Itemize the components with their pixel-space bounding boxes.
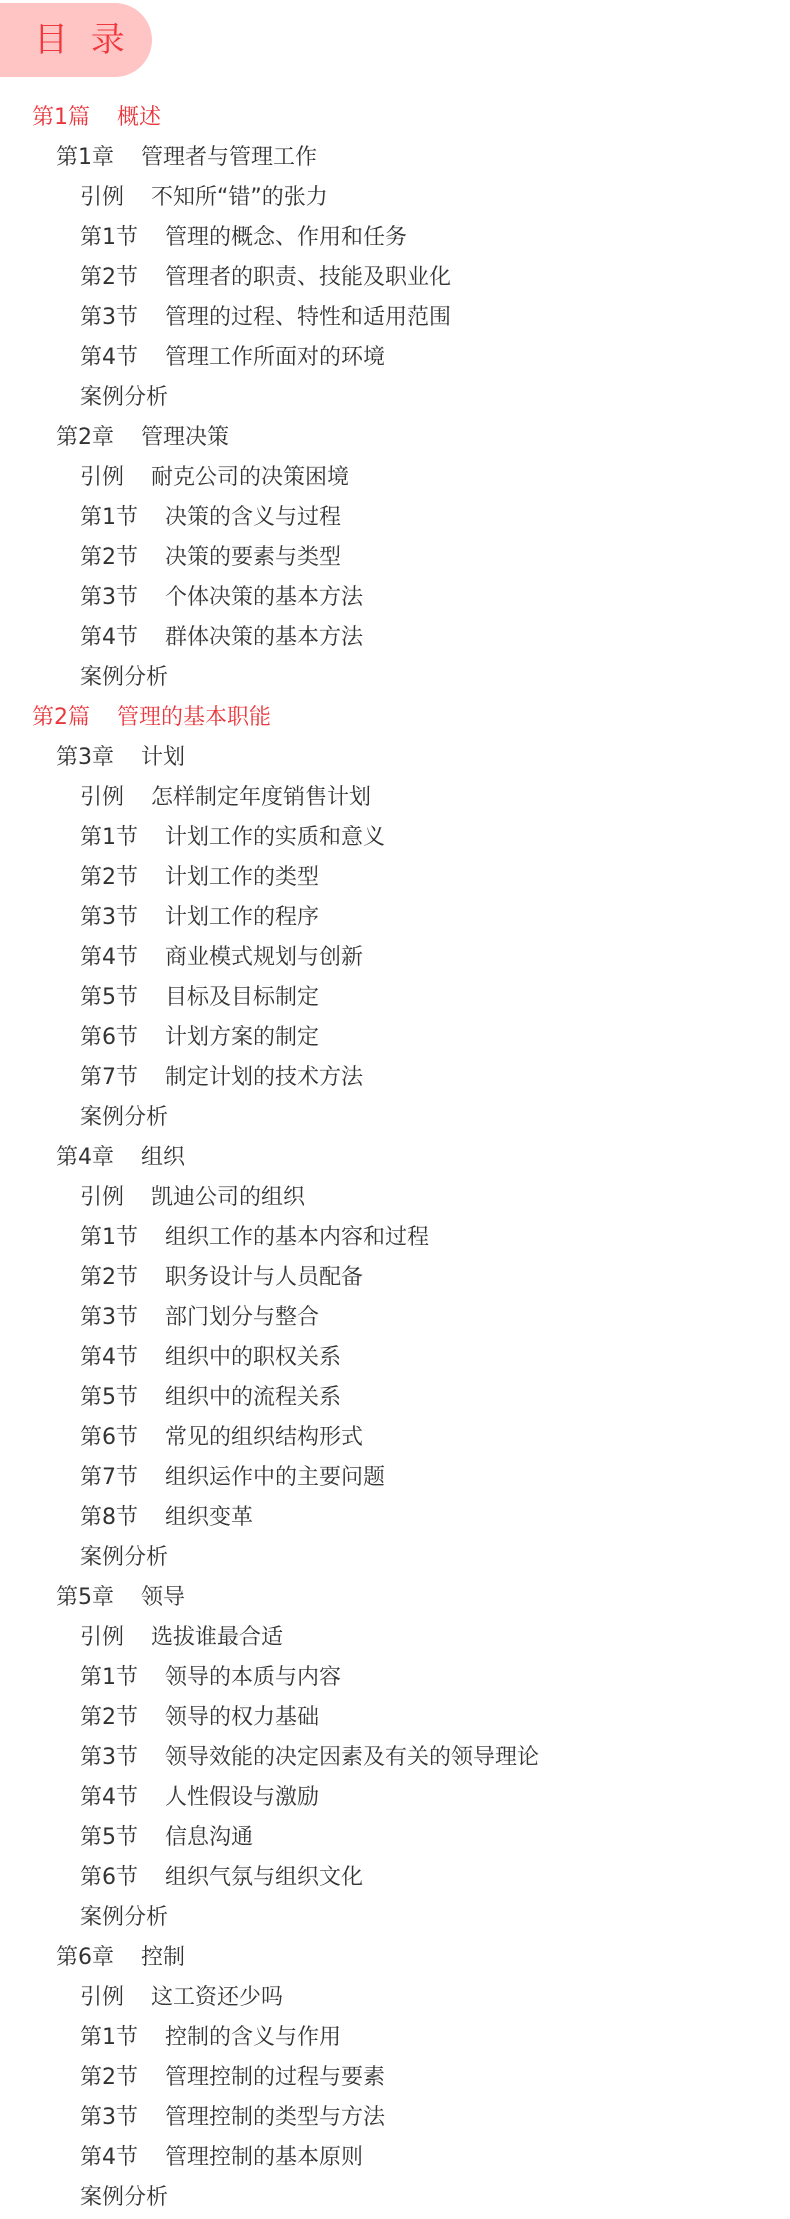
toc-entry-title: 个体决策的基本方法 bbox=[165, 578, 363, 618]
toc-entry-title: 计划 bbox=[141, 738, 185, 778]
toc-entry-section[interactable]: 第4节群体决策的基本方法 bbox=[0, 618, 790, 658]
toc-entry-section[interactable]: 第3节管理的过程、特性和适用范围 bbox=[0, 298, 790, 338]
toc-entry-title: 组织气氛与组织文化 bbox=[165, 1858, 363, 1898]
toc-entry-section[interactable]: 第5节目标及目标制定 bbox=[0, 978, 790, 1018]
toc-entry-chapter[interactable]: 第5章领导 bbox=[0, 1578, 790, 1618]
toc-entry-label: 第5章 bbox=[56, 1578, 114, 1618]
toc-entry-label: 第1章 bbox=[56, 138, 114, 178]
toc-entry-section[interactable]: 案例分析 bbox=[0, 1538, 790, 1578]
toc-entry-label: 第4节 bbox=[80, 938, 138, 978]
toc-entry-label: 第2节 bbox=[80, 858, 138, 898]
toc-entry-label: 第3节 bbox=[80, 298, 138, 338]
toc-entry-label: 案例分析 bbox=[80, 378, 168, 418]
toc-entry-title: 概述 bbox=[117, 98, 161, 138]
toc-entry-title: 计划工作的程序 bbox=[165, 898, 319, 938]
toc-entry-label: 第2节 bbox=[80, 1698, 138, 1738]
toc-entry-section[interactable]: 案例分析 bbox=[0, 658, 790, 698]
toc-entry-label: 第1节 bbox=[80, 218, 138, 258]
toc-entry-section[interactable]: 第1节决策的含义与过程 bbox=[0, 498, 790, 538]
toc-entry-label: 第5节 bbox=[80, 978, 138, 1018]
toc-entry-section[interactable]: 第3节领导效能的决定因素及有关的领导理论 bbox=[0, 1738, 790, 1778]
toc-entry-label: 第2篇 bbox=[32, 698, 90, 738]
toc-entry-section[interactable]: 第5节信息沟通 bbox=[0, 1818, 790, 1858]
toc-entry-title: 目标及目标制定 bbox=[165, 978, 319, 1018]
toc-entry-section[interactable]: 第1节领导的本质与内容 bbox=[0, 1658, 790, 1698]
toc-entry-label: 第8节 bbox=[80, 1498, 138, 1538]
toc-entry-part[interactable]: 第1篇概述 bbox=[0, 98, 790, 138]
toc-entry-section[interactable]: 第6节组织气氛与组织文化 bbox=[0, 1858, 790, 1898]
toc-entry-title: 领导的本质与内容 bbox=[165, 1658, 341, 1698]
toc-entry-section[interactable]: 案例分析 bbox=[0, 378, 790, 418]
toc-entry-section[interactable]: 第1节计划工作的实质和意义 bbox=[0, 818, 790, 858]
toc-entry-section[interactable]: 第3节个体决策的基本方法 bbox=[0, 578, 790, 618]
toc-entry-label: 案例分析 bbox=[80, 1898, 168, 1938]
toc-entry-label: 第2节 bbox=[80, 2058, 138, 2098]
toc-entry-title: 计划工作的类型 bbox=[165, 858, 319, 898]
toc-entry-chapter[interactable]: 第2章管理决策 bbox=[0, 418, 790, 458]
toc-entry-label: 第4节 bbox=[80, 618, 138, 658]
toc-entry-title: 控制的含义与作用 bbox=[165, 2018, 341, 2058]
toc-entry-chapter[interactable]: 第1章管理者与管理工作 bbox=[0, 138, 790, 178]
toc-entry-label: 第7节 bbox=[80, 1458, 138, 1498]
toc-entry-section[interactable]: 第6节计划方案的制定 bbox=[0, 1018, 790, 1058]
toc-entry-section[interactable]: 第2节领导的权力基础 bbox=[0, 1698, 790, 1738]
toc-entry-label: 第4节 bbox=[80, 2138, 138, 2178]
toc-entry-section[interactable]: 引例怎样制定年度销售计划 bbox=[0, 778, 790, 818]
toc-entry-section[interactable]: 第7节组织运作中的主要问题 bbox=[0, 1458, 790, 1498]
toc-entry-section[interactable]: 引例不知所“错”的张力 bbox=[0, 178, 790, 218]
toc-entry-part[interactable]: 第2篇管理的基本职能 bbox=[0, 698, 790, 738]
toc-entry-section[interactable]: 第3节计划工作的程序 bbox=[0, 898, 790, 938]
toc-entry-title: 凯迪公司的组织 bbox=[151, 1178, 305, 1218]
toc-entry-label: 第4章 bbox=[56, 1138, 114, 1178]
toc-entry-label: 第1节 bbox=[80, 1218, 138, 1258]
toc-entry-label: 引例 bbox=[80, 178, 124, 218]
toc-entry-label: 第3节 bbox=[80, 898, 138, 938]
toc-entry-title: 常见的组织结构形式 bbox=[165, 1418, 363, 1458]
toc-entry-title: 管理控制的类型与方法 bbox=[165, 2098, 385, 2138]
toc-entry-title: 管理的过程、特性和适用范围 bbox=[165, 298, 451, 338]
toc-entry-section[interactable]: 第3节部门划分与整合 bbox=[0, 1298, 790, 1338]
toc-entry-label: 第6章 bbox=[56, 1938, 114, 1978]
toc-entry-label: 引例 bbox=[80, 458, 124, 498]
toc-title: 目 录 bbox=[34, 3, 131, 77]
toc-entry-title: 领导的权力基础 bbox=[165, 1698, 319, 1738]
toc-entry-label: 第2节 bbox=[80, 1258, 138, 1298]
toc-entry-title: 管理决策 bbox=[141, 418, 229, 458]
toc-entry-title: 制定计划的技术方法 bbox=[165, 1058, 363, 1098]
toc-entry-title: 组织工作的基本内容和过程 bbox=[165, 1218, 429, 1258]
toc-entry-title: 管理工作所面对的环境 bbox=[165, 338, 385, 378]
toc-entry-label: 第6节 bbox=[80, 1018, 138, 1058]
toc-entry-title: 管理控制的基本原则 bbox=[165, 2138, 363, 2178]
toc-entry-title: 领导效能的决定因素及有关的领导理论 bbox=[165, 1738, 539, 1778]
toc-entry-label: 第1节 bbox=[80, 498, 138, 538]
toc-entry-section[interactable]: 第5节组织中的流程关系 bbox=[0, 1378, 790, 1418]
toc-entry-title: 选拔谁最合适 bbox=[151, 1618, 283, 1658]
toc-entry-section[interactable]: 第4节管理控制的基本原则 bbox=[0, 2138, 790, 2178]
toc-entry-title: 怎样制定年度销售计划 bbox=[151, 778, 371, 818]
toc-entry-section[interactable]: 第1节管理的概念、作用和任务 bbox=[0, 218, 790, 258]
toc-entry-label: 第6节 bbox=[80, 1858, 138, 1898]
toc-entry-label: 第5节 bbox=[80, 1818, 138, 1858]
toc-entry-section[interactable]: 第4节组织中的职权关系 bbox=[0, 1338, 790, 1378]
toc-entry-title: 计划工作的实质和意义 bbox=[165, 818, 385, 858]
toc-entry-label: 第4节 bbox=[80, 1778, 138, 1818]
toc-entry-label: 引例 bbox=[80, 778, 124, 818]
toc-entry-section[interactable]: 引例凯迪公司的组织 bbox=[0, 1178, 790, 1218]
toc-entry-label: 案例分析 bbox=[80, 1098, 168, 1138]
toc-header-pill: 目 录 bbox=[0, 3, 152, 77]
toc-entry-title: 这工资还少吗 bbox=[151, 1978, 283, 2018]
toc-entry-title: 商业模式规划与创新 bbox=[165, 938, 363, 978]
toc-entry-title: 组织 bbox=[141, 1138, 185, 1178]
toc-entry-title: 管理控制的过程与要素 bbox=[165, 2058, 385, 2098]
toc-entry-title: 不知所“错”的张力 bbox=[151, 178, 328, 218]
toc-entry-label: 第3章 bbox=[56, 738, 114, 778]
toc-entry-section[interactable]: 第3节管理控制的类型与方法 bbox=[0, 2098, 790, 2138]
toc-entry-title: 组织中的流程关系 bbox=[165, 1378, 341, 1418]
toc-entry-section[interactable]: 案例分析 bbox=[0, 2178, 790, 2218]
toc-entry-label: 第7节 bbox=[80, 1058, 138, 1098]
toc-entry-title: 组织变革 bbox=[165, 1498, 253, 1538]
toc-entry-section[interactable]: 第2节管理控制的过程与要素 bbox=[0, 2058, 790, 2098]
toc-entry-label: 第1篇 bbox=[32, 98, 90, 138]
toc-entry-label: 案例分析 bbox=[80, 658, 168, 698]
toc-entry-section[interactable]: 第2节计划工作的类型 bbox=[0, 858, 790, 898]
toc-entry-label: 引例 bbox=[80, 1618, 124, 1658]
toc-entry-label: 第2节 bbox=[80, 538, 138, 578]
toc-entry-title: 组织中的职权关系 bbox=[165, 1338, 341, 1378]
table-of-contents: 第1篇概述第1章管理者与管理工作引例不知所“错”的张力第1节管理的概念、作用和任… bbox=[0, 98, 790, 2218]
toc-entry-section[interactable]: 案例分析 bbox=[0, 1098, 790, 1138]
toc-entry-label: 第4节 bbox=[80, 338, 138, 378]
toc-entry-label: 第3节 bbox=[80, 578, 138, 618]
toc-entry-label: 第4节 bbox=[80, 1338, 138, 1378]
toc-entry-section[interactable]: 第6节常见的组织结构形式 bbox=[0, 1418, 790, 1458]
toc-entry-section[interactable]: 引例这工资还少吗 bbox=[0, 1978, 790, 2018]
toc-entry-label: 第5节 bbox=[80, 1378, 138, 1418]
toc-entry-label: 第1节 bbox=[80, 1658, 138, 1698]
toc-entry-title: 决策的要素与类型 bbox=[165, 538, 341, 578]
toc-entry-label: 第3节 bbox=[80, 1298, 138, 1338]
toc-entry-title: 部门划分与整合 bbox=[165, 1298, 319, 1338]
toc-entry-section[interactable]: 第2节职务设计与人员配备 bbox=[0, 1258, 790, 1298]
toc-entry-title: 管理的基本职能 bbox=[117, 698, 271, 738]
toc-entry-title: 职务设计与人员配备 bbox=[165, 1258, 363, 1298]
toc-entry-section[interactable]: 第4节商业模式规划与创新 bbox=[0, 938, 790, 978]
toc-entry-label: 第1节 bbox=[80, 2018, 138, 2058]
toc-entry-label: 第3节 bbox=[80, 2098, 138, 2138]
toc-entry-chapter[interactable]: 第3章计划 bbox=[0, 738, 790, 778]
toc-entry-title: 管理的概念、作用和任务 bbox=[165, 218, 407, 258]
toc-entry-section[interactable]: 案例分析 bbox=[0, 1898, 790, 1938]
toc-entry-section[interactable]: 第1节控制的含义与作用 bbox=[0, 2018, 790, 2058]
toc-entry-chapter[interactable]: 第6章控制 bbox=[0, 1938, 790, 1978]
toc-entry-title: 耐克公司的决策困境 bbox=[151, 458, 349, 498]
toc-entry-section[interactable]: 引例选拔谁最合适 bbox=[0, 1618, 790, 1658]
toc-entry-title: 决策的含义与过程 bbox=[165, 498, 341, 538]
toc-entry-title: 领导 bbox=[141, 1578, 185, 1618]
toc-entry-section[interactable]: 第4节管理工作所面对的环境 bbox=[0, 338, 790, 378]
toc-entry-label: 引例 bbox=[80, 1978, 124, 2018]
toc-entry-label: 引例 bbox=[80, 1178, 124, 1218]
toc-entry-section[interactable]: 第4节人性假设与激励 bbox=[0, 1778, 790, 1818]
toc-entry-label: 第2节 bbox=[80, 258, 138, 298]
toc-entry-label: 案例分析 bbox=[80, 2178, 168, 2218]
toc-entry-label: 案例分析 bbox=[80, 1538, 168, 1578]
toc-entry-title: 信息沟通 bbox=[165, 1818, 253, 1858]
toc-entry-title: 计划方案的制定 bbox=[165, 1018, 319, 1058]
toc-entry-section[interactable]: 第2节管理者的职责、技能及职业化 bbox=[0, 258, 790, 298]
toc-entry-label: 第1节 bbox=[80, 818, 138, 858]
toc-entry-section[interactable]: 第2节决策的要素与类型 bbox=[0, 538, 790, 578]
toc-entry-section[interactable]: 引例耐克公司的决策困境 bbox=[0, 458, 790, 498]
toc-entry-section[interactable]: 第1节组织工作的基本内容和过程 bbox=[0, 1218, 790, 1258]
toc-entry-label: 第6节 bbox=[80, 1418, 138, 1458]
toc-entry-section[interactable]: 第8节组织变革 bbox=[0, 1498, 790, 1538]
toc-entry-title: 控制 bbox=[141, 1938, 185, 1978]
toc-entry-title: 组织运作中的主要问题 bbox=[165, 1458, 385, 1498]
toc-entry-title: 人性假设与激励 bbox=[165, 1778, 319, 1818]
toc-entry-section[interactable]: 第7节制定计划的技术方法 bbox=[0, 1058, 790, 1098]
toc-entry-chapter[interactable]: 第4章组织 bbox=[0, 1138, 790, 1178]
toc-entry-title: 群体决策的基本方法 bbox=[165, 618, 363, 658]
toc-entry-label: 第2章 bbox=[56, 418, 114, 458]
toc-entry-label: 第3节 bbox=[80, 1738, 138, 1778]
toc-entry-title: 管理者与管理工作 bbox=[141, 138, 317, 178]
toc-entry-title: 管理者的职责、技能及职业化 bbox=[165, 258, 451, 298]
